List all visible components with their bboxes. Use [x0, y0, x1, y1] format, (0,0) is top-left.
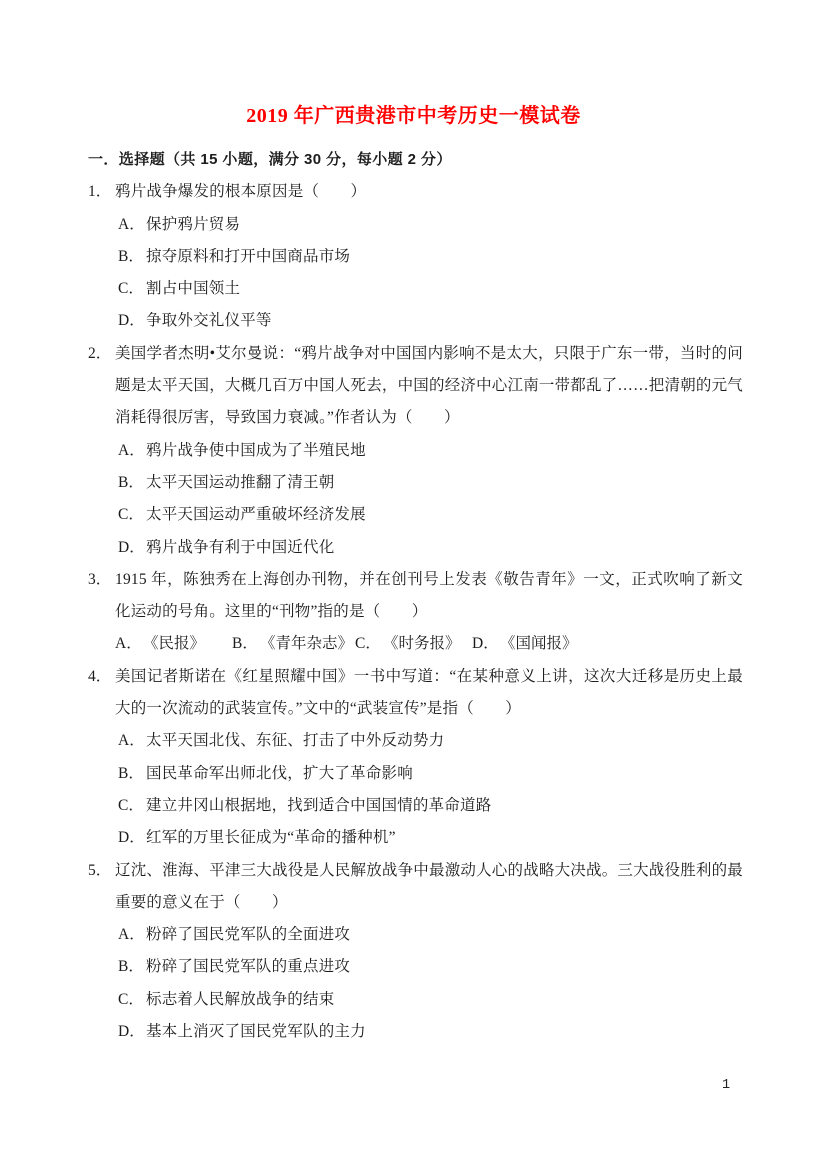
option-label: D． [118, 822, 146, 854]
question-stem-text: 美国记者斯诺在《红星照耀中国》一书中写道：“在某种意义上讲，这次大迁移是历史上最… [115, 661, 743, 726]
question-4-option-a: A． 太平天国北伐、东征、打击了中外反动势力 [118, 725, 743, 757]
question-3-option-a: A． 《民报》 [115, 628, 232, 660]
option-label: D． [472, 628, 500, 660]
option-label: B． [118, 467, 146, 499]
question-5-option-a: A． 粉碎了国民党军队的全面进攻 [118, 919, 743, 951]
option-label: A． [115, 628, 143, 660]
question-2-option-c: C． 太平天国运动严重破坏经济发展 [118, 499, 743, 531]
question-number: 1． [88, 176, 115, 208]
option-text: 《民报》 [143, 628, 205, 660]
question-1-option-a: A． 保护鸦片贸易 [118, 209, 743, 241]
question-4-option-c: C． 建立井冈山根据地，找到适合中国国情的革命道路 [118, 790, 743, 822]
question-2-stem: 2． 美国学者杰明•艾尔曼说：“鸦片战争对中国国内影响不是太大，只限于广东一带，… [88, 338, 743, 435]
option-label: D． [118, 1016, 146, 1048]
question-2-option-b: B． 太平天国运动推翻了清王朝 [118, 467, 743, 499]
option-label: B． [118, 951, 146, 983]
option-text: 国民革命军出师北伐，扩大了革命影响 [146, 758, 743, 790]
option-text: 基本上消灭了国民党军队的主力 [146, 1016, 743, 1048]
option-text: 《国闻报》 [500, 628, 578, 660]
question-1-stem: 1． 鸦片战争爆发的根本原因是（ ） [88, 176, 743, 208]
option-label: B． [118, 241, 146, 273]
question-3-options: A． 《民报》 B． 《青年杂志》 C． 《时务报》 D． 《国闻报》 [115, 628, 743, 660]
option-label: B． [118, 758, 146, 790]
option-label: A． [118, 209, 146, 241]
page-number: 1 [716, 1078, 736, 1093]
option-text: 鸦片战争有利于中国近代化 [146, 532, 743, 564]
option-text: 太平天国北伐、东征、打击了中外反动势力 [146, 725, 743, 757]
option-text: 《青年杂志》 [260, 628, 353, 660]
question-3-option-b: B． 《青年杂志》 [232, 628, 355, 660]
section-heading: 一．选择题（共 15 小题，满分 30 分，每小题 2 分） [88, 144, 743, 176]
option-label: A． [118, 725, 146, 757]
option-text: 粉碎了国民党军队的全面进攻 [146, 919, 743, 951]
question-5-option-d: D． 基本上消灭了国民党军队的主力 [118, 1016, 743, 1048]
option-text: 保护鸦片贸易 [146, 209, 743, 241]
question-number: 2． [88, 338, 115, 435]
option-text: 《时务报》 [383, 628, 461, 660]
question-number: 5． [88, 855, 115, 920]
question-5-stem: 5． 辽沈、淮海、平津三大战役是人民解放战争中最激动人心的战略大决战。三大战役胜… [88, 855, 743, 920]
option-label: A． [118, 919, 146, 951]
option-label: C． [355, 628, 383, 660]
option-label: D． [118, 532, 146, 564]
question-1-option-d: D． 争取外交礼仪平等 [118, 305, 743, 337]
option-text: 争取外交礼仪平等 [146, 305, 743, 337]
page-title: 2019 年广西贵港市中考历史一模试卷 [0, 0, 827, 131]
option-text: 红军的万里长征成为“革命的播种机” [146, 822, 743, 854]
question-1-option-b: B． 掠夺原料和打开中国商品市场 [118, 241, 743, 273]
exam-document-page: 2019 年广西贵港市中考历史一模试卷 一．选择题（共 15 小题，满分 30 … [0, 0, 827, 1169]
option-label: D． [118, 305, 146, 337]
question-stem-text: 1915 年，陈独秀在上海创办刊物，并在创刊号上发表《敬告青年》一文，正式吹响了… [115, 564, 743, 629]
question-5-option-c: C． 标志着人民解放战争的结束 [118, 984, 743, 1016]
question-stem-text: 鸦片战争爆发的根本原因是（ ） [115, 176, 743, 208]
question-4-option-d: D． 红军的万里长征成为“革命的播种机” [118, 822, 743, 854]
option-label: C． [118, 499, 146, 531]
option-text: 割占中国领土 [146, 273, 743, 305]
option-text: 掠夺原料和打开中国商品市场 [146, 241, 743, 273]
question-number: 3． [88, 564, 115, 629]
question-number: 4． [88, 661, 115, 726]
question-stem-text: 辽沈、淮海、平津三大战役是人民解放战争中最激动人心的战略大决战。三大战役胜利的最… [115, 855, 743, 920]
document-content: 一．选择题（共 15 小题，满分 30 分，每小题 2 分） 1． 鸦片战争爆发… [88, 144, 743, 1048]
question-2-option-a: A． 鸦片战争使中国成为了半殖民地 [118, 435, 743, 467]
option-label: B． [232, 628, 260, 660]
option-text: 建立井冈山根据地，找到适合中国国情的革命道路 [146, 790, 743, 822]
option-label: A． [118, 435, 146, 467]
question-stem-text: 美国学者杰明•艾尔曼说：“鸦片战争对中国国内影响不是太大，只限于广东一带，当时的… [115, 338, 743, 435]
question-3-option-c: C． 《时务报》 [355, 628, 472, 660]
question-2-option-d: D． 鸦片战争有利于中国近代化 [118, 532, 743, 564]
option-label: C． [118, 984, 146, 1016]
question-2: 2． 美国学者杰明•艾尔曼说：“鸦片战争对中国国内影响不是太大，只限于广东一带，… [88, 338, 743, 564]
option-text: 太平天国运动严重破坏经济发展 [146, 499, 743, 531]
option-label: C． [118, 273, 146, 305]
question-4: 4． 美国记者斯诺在《红星照耀中国》一书中写道：“在某种意义上讲，这次大迁移是历… [88, 661, 743, 855]
option-text: 太平天国运动推翻了清王朝 [146, 467, 743, 499]
question-1: 1． 鸦片战争爆发的根本原因是（ ） A． 保护鸦片贸易 B． 掠夺原料和打开中… [88, 176, 743, 337]
option-text: 粉碎了国民党军队的重点进攻 [146, 951, 743, 983]
question-3-option-d: D． 《国闻报》 [472, 628, 578, 660]
option-text: 标志着人民解放战争的结束 [146, 984, 743, 1016]
question-5-option-b: B． 粉碎了国民党军队的重点进攻 [118, 951, 743, 983]
question-4-option-b: B． 国民革命军出师北伐，扩大了革命影响 [118, 758, 743, 790]
question-4-stem: 4． 美国记者斯诺在《红星照耀中国》一书中写道：“在某种意义上讲，这次大迁移是历… [88, 661, 743, 726]
question-5: 5． 辽沈、淮海、平津三大战役是人民解放战争中最激动人心的战略大决战。三大战役胜… [88, 855, 743, 1049]
question-3-stem: 3． 1915 年，陈独秀在上海创办刊物，并在创刊号上发表《敬告青年》一文，正式… [88, 564, 743, 629]
question-1-option-c: C． 割占中国领土 [118, 273, 743, 305]
question-3: 3． 1915 年，陈独秀在上海创办刊物，并在创刊号上发表《敬告青年》一文，正式… [88, 564, 743, 661]
option-text: 鸦片战争使中国成为了半殖民地 [146, 435, 743, 467]
option-label: C． [118, 790, 146, 822]
